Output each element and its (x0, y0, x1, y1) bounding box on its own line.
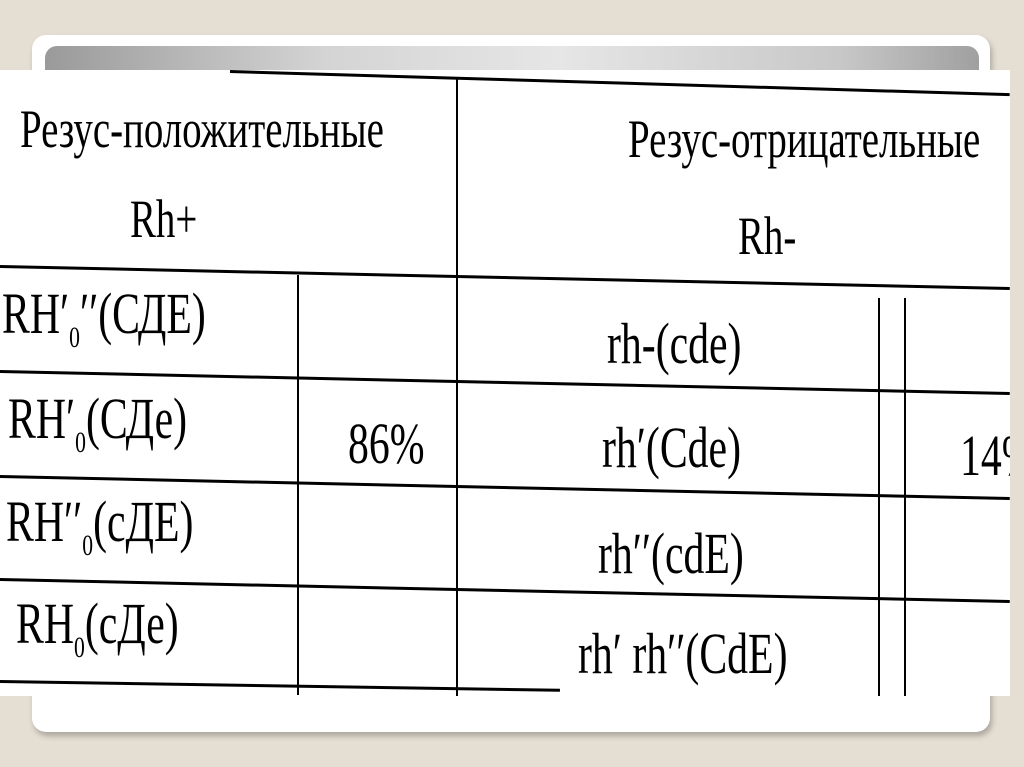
negative-header-code: Rh- (738, 205, 796, 267)
negative-header-title: Резус-отрицательные (628, 108, 980, 170)
positive-header-title: Резус-положительные (20, 98, 384, 160)
table-border-top (230, 70, 1010, 96)
table-column-divider (878, 298, 880, 696)
table-column-divider (456, 78, 458, 696)
table-column-divider (904, 298, 906, 696)
negative-genotype-1: rh-(cde) (607, 310, 741, 377)
rh-factor-table: Резус-положительные Rh+ Резус-отрицатель… (0, 70, 1010, 696)
table-column-divider (297, 275, 299, 695)
positive-genotype-3: RH′′0(сДЕ) (6, 488, 193, 563)
negative-genotype-2: rh′(Cde) (602, 414, 741, 481)
negative-percent: 14% (960, 422, 1010, 489)
positive-header-code: Rh+ (130, 188, 197, 250)
positive-genotype-2: RH′0(СДе) (8, 385, 187, 460)
table-border-bottom (0, 680, 560, 692)
negative-genotype-3: rh′′(cdE) (598, 520, 744, 587)
positive-genotype-4: RH0(сДе) (16, 590, 179, 665)
positive-percent: 86% (348, 410, 425, 477)
positive-genotype-1: RH′0′′(СДЕ) (2, 280, 206, 355)
negative-genotype-4: rh′ rh′′(CdE) (578, 620, 787, 687)
